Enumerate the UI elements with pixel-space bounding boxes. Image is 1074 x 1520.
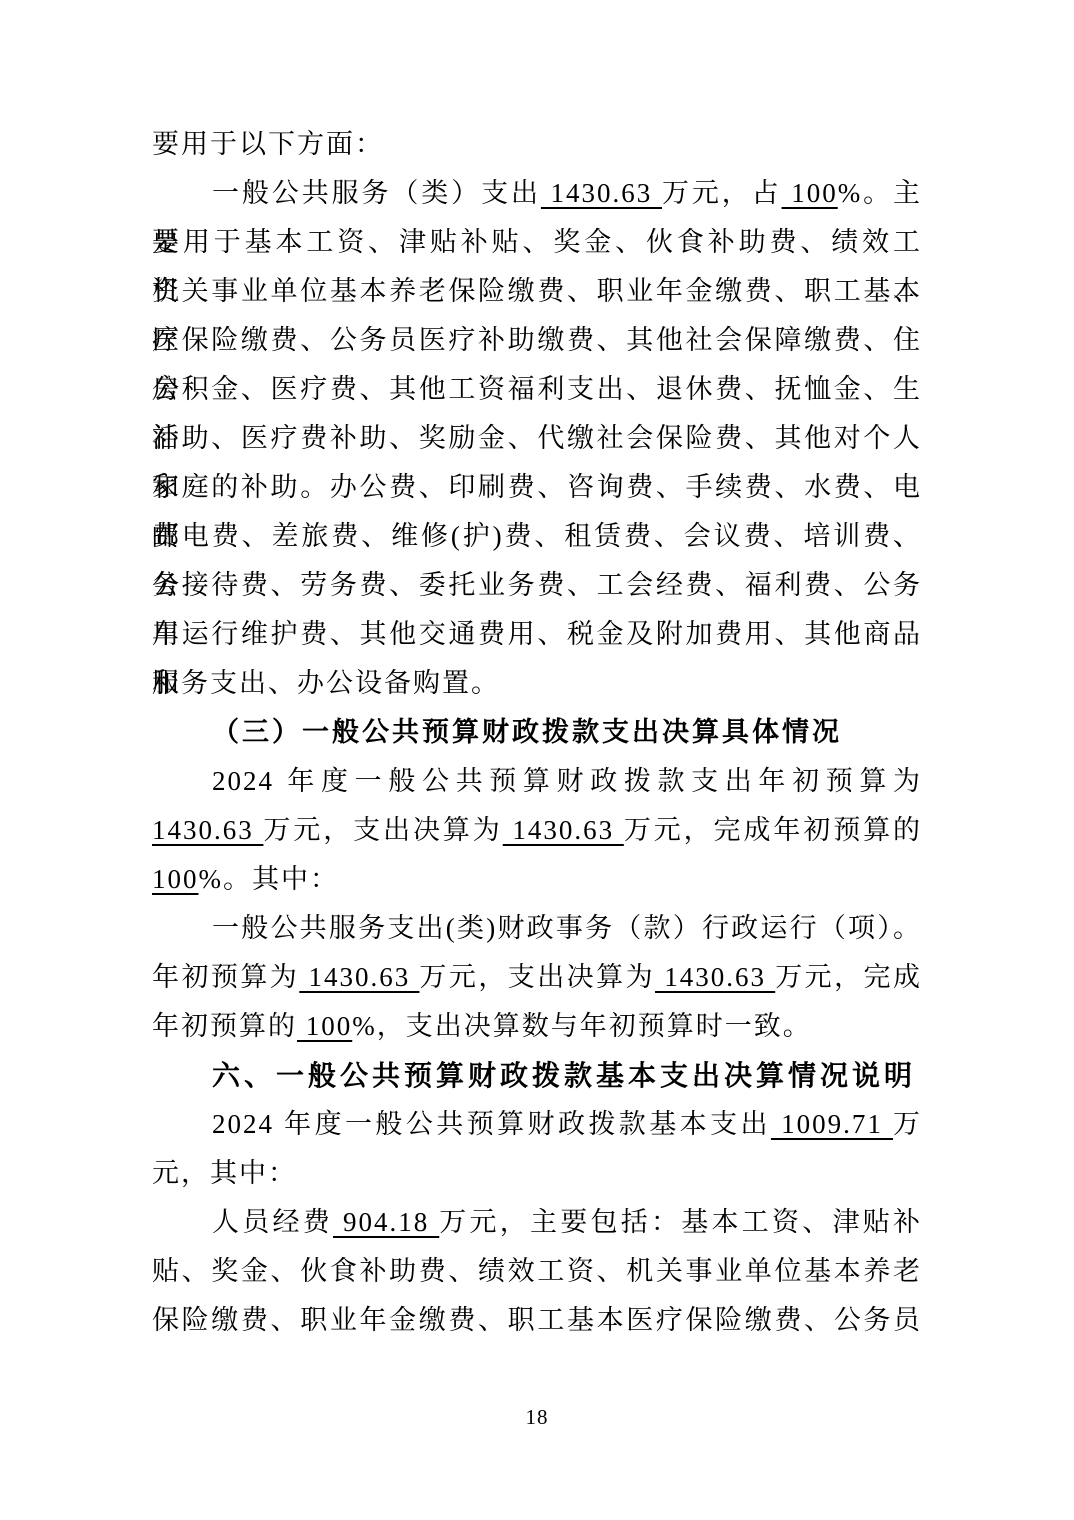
underlined-value: 1430.63 [655, 962, 775, 992]
text-line: 年初预算为 1430.63 万元，支出决算为 1430.63 万元，完成 [152, 953, 922, 1002]
underlined-value: 100 [152, 864, 199, 894]
document-text: 要用于以下方面：一般公共服务（类）支出 1430.63 万元，占 100%。主要… [152, 120, 922, 1345]
document-page: 要用于以下方面：一般公共服务（类）支出 1430.63 万元，占 100%。主要… [0, 0, 1074, 1520]
text-segment: 万元，占 [662, 178, 782, 208]
text-segment: 要用于以下方面： [152, 129, 384, 159]
text-line: 补助、医疗费补助、奖励金、代缴社会保险费、其他对个人和 [152, 414, 922, 463]
text-segment: 万元，完成 [775, 962, 922, 992]
text-segment: （三）一般公共预算财政拨款支出决算具体情况 [212, 717, 842, 747]
text-segment: 万元，支出决算为 [263, 815, 502, 845]
text-line: 元，其中： [152, 1149, 922, 1198]
underlined-value: 904.18 [333, 1207, 439, 1237]
text-segment: 一般公共服务（类）支出 [212, 178, 541, 208]
text-line: 1430.63 万元，支出决算为 1430.63 万元，完成年初预算的 [152, 806, 922, 855]
text-segment: 一般公共服务支出(类)财政事务（款）行政运行（项）。 [212, 913, 922, 943]
text-segment: 元，其中： [152, 1158, 297, 1188]
text-segment: 年初预算为 [152, 962, 299, 992]
text-segment: 万元，主要包括：基本工资、津贴补 [439, 1207, 922, 1237]
text-line: 贴、奖金、伙食补助费、绩效工资、机关事业单位基本养老 [152, 1247, 922, 1296]
text-segment: %，支出决算数与年初预算时一致。 [352, 1011, 812, 1041]
text-segment: 服务支出、办公设备购置。 [152, 668, 500, 698]
text-line: 人员经费 904.18 万元，主要包括：基本工资、津贴补 [152, 1198, 922, 1247]
text-segment: 万元，完成年初预算的 [624, 815, 922, 845]
text-line: 保险缴费、职业年金缴费、职工基本医疗保险缴费、公务员 [152, 1296, 922, 1345]
text-line: 车运行维护费、其他交通费用、税金及附加费用、其他商品和 [152, 610, 922, 659]
text-line: 机关事业单位基本养老保险缴费、职业年金缴费、职工基本医 [152, 267, 922, 316]
text-line: 家庭的补助。办公费、印刷费、咨询费、手续费、水费、电费、 [152, 463, 922, 512]
text-line: 100%。其中： [152, 855, 922, 904]
heading-line: 六、一般公共预算财政拨款基本支出决算情况说明 [152, 1051, 922, 1100]
underlined-value: 1430.63 [541, 178, 662, 208]
text-line: 务接待费、劳务费、委托业务费、工会经费、福利费、公务用 [152, 561, 922, 610]
text-segment: 年初预算的 [152, 1011, 297, 1041]
underlined-value: 1430.63 [299, 962, 419, 992]
text-line: 要用于以下方面： [152, 120, 922, 169]
text-segment: 2024 年度一般公共预算财政拨款基本支出 [212, 1109, 771, 1139]
text-segment: 万元，支出决算为 [419, 962, 655, 992]
text-line: 年初预算的 100%，支出决算数与年初预算时一致。 [152, 1002, 922, 1051]
underlined-value: 1430.63 [152, 815, 263, 845]
text-segment: 人员经费 [212, 1207, 333, 1237]
page-number: 18 [0, 1402, 1074, 1432]
text-segment: 2024 年度一般公共预算财政拨款支出年初预算为 [212, 766, 922, 796]
text-line: 服务支出、办公设备购置。 [152, 659, 922, 708]
text-line: 2024 年度一般公共预算财政拨款支出年初预算为 [152, 757, 922, 806]
text-segment: %。其中： [199, 864, 340, 894]
text-line: 一般公共服务（类）支出 1430.63 万元，占 100%。主要 [152, 169, 922, 218]
text-segment: 贴、奖金、伙食补助费、绩效工资、机关事业单位基本养老 [152, 1256, 922, 1286]
underlined-value: 100 [297, 1011, 352, 1041]
text-line: 一般公共服务支出(类)财政事务（款）行政运行（项）。 [152, 904, 922, 953]
text-line: 公积金、医疗费、其他工资福利支出、退休费、抚恤金、生活 [152, 365, 922, 414]
text-line: 邮电费、差旅费、维修(护)费、租赁费、会议费、培训费、公 [152, 512, 922, 561]
underlined-value: 1430.63 [503, 815, 624, 845]
heading-line: （三）一般公共预算财政拨款支出决算具体情况 [152, 708, 922, 757]
text-segment: 六、一般公共预算财政拨款基本支出决算情况说明 [212, 1060, 916, 1091]
text-line: 是用于基本工资、津贴补贴、奖金、伙食补助费、绩效工资、 [152, 218, 922, 267]
text-line: 2024 年度一般公共预算财政拨款基本支出 1009.71 万 [152, 1100, 922, 1149]
underlined-value: 1009.71 [771, 1109, 893, 1139]
text-segment: 万 [893, 1109, 922, 1139]
underlined-value: 100 [782, 178, 838, 208]
text-segment: 保险缴费、职业年金缴费、职工基本医疗保险缴费、公务员 [152, 1305, 922, 1335]
text-line: 疗保险缴费、公务员医疗补助缴费、其他社会保障缴费、住房 [152, 316, 922, 365]
